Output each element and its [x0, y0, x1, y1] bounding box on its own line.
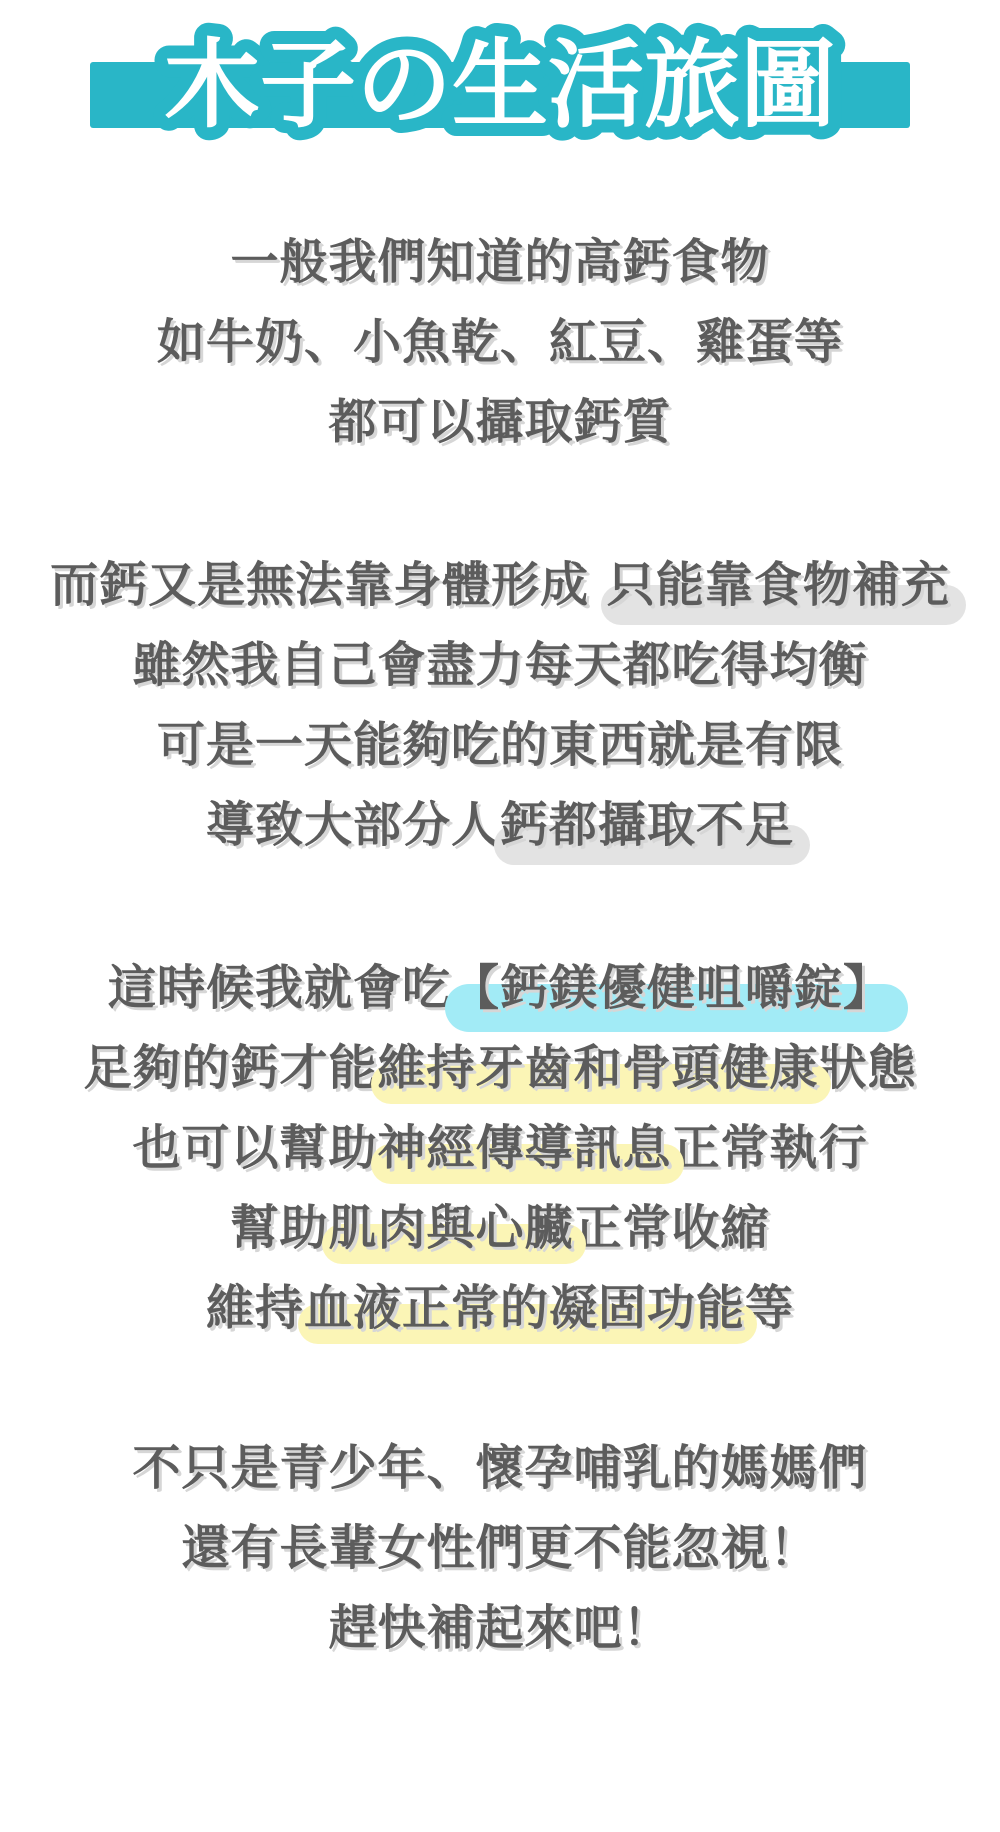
content: 一般我們知道的高鈣食物 如牛奶、小魚乾、紅豆、雞蛋等 都可以攝取鈣質 而鈣又是無…	[0, 222, 1000, 1668]
text-line: 都可以攝取鈣質	[0, 382, 1000, 462]
paragraph-product-benefits: 這時候我就會吃【鈣鎂優健咀嚼錠】 足夠的鈣才能維持牙齒和骨頭健康狀態 也可以幫助…	[0, 948, 1000, 1348]
text-line: 一般我們知道的高鈣食物	[0, 222, 1000, 302]
page-title: 木子の生活旅圖	[164, 29, 836, 141]
text-segment: 維持	[206, 1268, 304, 1348]
paragraph-high-calcium-foods: 一般我們知道的高鈣食物 如牛奶、小魚乾、紅豆、雞蛋等 都可以攝取鈣質	[0, 222, 1000, 462]
yellow-highlighted-segment: 血液正常的凝固功能	[304, 1268, 745, 1348]
text-line: 可是一天能夠吃的東西就是有限	[0, 705, 1000, 785]
text-segment: 正常執行	[672, 1108, 868, 1188]
text-segment: 也可以幫助	[132, 1108, 377, 1188]
text-segment: 都可以攝取鈣質	[328, 382, 671, 462]
text-segment: 正常收縮	[574, 1188, 770, 1268]
text-segment: 幫助	[230, 1188, 328, 1268]
text-segment: 不只是青少年、懷孕哺乳的媽媽們	[132, 1428, 867, 1508]
text-line: 足夠的鈣才能維持牙齒和骨頭健康狀態	[0, 1028, 1000, 1108]
text-segment: 這時候我就會吃	[108, 948, 451, 1028]
text-segment: 狀態	[819, 1028, 917, 1108]
header: 木子の生活旅圖	[0, 0, 1000, 160]
text-line: 導致大部分人鈣都攝取不足	[0, 785, 1000, 865]
text-segment: 趕快補起來吧！	[328, 1588, 671, 1668]
text-segment: 而鈣又是無法靠身體形成	[50, 545, 607, 625]
text-segment: 一般我們知道的高鈣食物	[230, 222, 769, 302]
text-segment: 可是一天能夠吃的東西就是有限	[157, 705, 843, 785]
cyan-highlighted-product-name: 【鈣鎂優健咀嚼錠】	[451, 948, 892, 1028]
paragraph-calcium-deficiency: 而鈣又是無法靠身體形成 只能靠食物補充 雖然我自己會盡力每天都吃得均衡 可是一天…	[0, 545, 1000, 865]
text-segment: 還有長輩女性們更不能忽視！	[181, 1508, 818, 1588]
text-segment: 雖然我自己會盡力每天都吃得均衡	[132, 625, 867, 705]
text-line: 也可以幫助神經傳導訊息正常執行	[0, 1108, 1000, 1188]
gray-highlighted-segment: 只能靠食物補充	[607, 545, 950, 625]
yellow-highlighted-segment: 維持牙齒和骨頭健康	[377, 1028, 818, 1108]
gray-highlighted-segment: 鈣都攝取不足	[500, 785, 794, 865]
text-line: 還有長輩女性們更不能忽視！	[0, 1508, 1000, 1588]
text-line: 雖然我自己會盡力每天都吃得均衡	[0, 625, 1000, 705]
text-line: 不只是青少年、懷孕哺乳的媽媽們	[0, 1428, 1000, 1508]
text-line: 如牛奶、小魚乾、紅豆、雞蛋等	[0, 302, 1000, 382]
text-line: 趕快補起來吧！	[0, 1588, 1000, 1668]
paragraph-call-to-action: 不只是青少年、懷孕哺乳的媽媽們 還有長輩女性們更不能忽視！ 趕快補起來吧！	[0, 1428, 1000, 1668]
yellow-highlighted-segment: 神經傳導訊息	[377, 1108, 671, 1188]
yellow-highlighted-segment: 肌肉與心臟	[328, 1188, 573, 1268]
text-segment: 如牛奶、小魚乾、紅豆、雞蛋等	[157, 302, 843, 382]
text-line: 維持血液正常的凝固功能等	[0, 1268, 1000, 1348]
text-line: 這時候我就會吃【鈣鎂優健咀嚼錠】	[0, 948, 1000, 1028]
text-line: 幫助肌肉與心臟正常收縮	[0, 1188, 1000, 1268]
title-graphic: 木子の生活旅圖	[0, 0, 1000, 160]
text-segment: 導致大部分人	[206, 785, 500, 865]
text-segment: 足夠的鈣才能	[83, 1028, 377, 1108]
text-line: 而鈣又是無法靠身體形成 只能靠食物補充	[0, 545, 1000, 625]
